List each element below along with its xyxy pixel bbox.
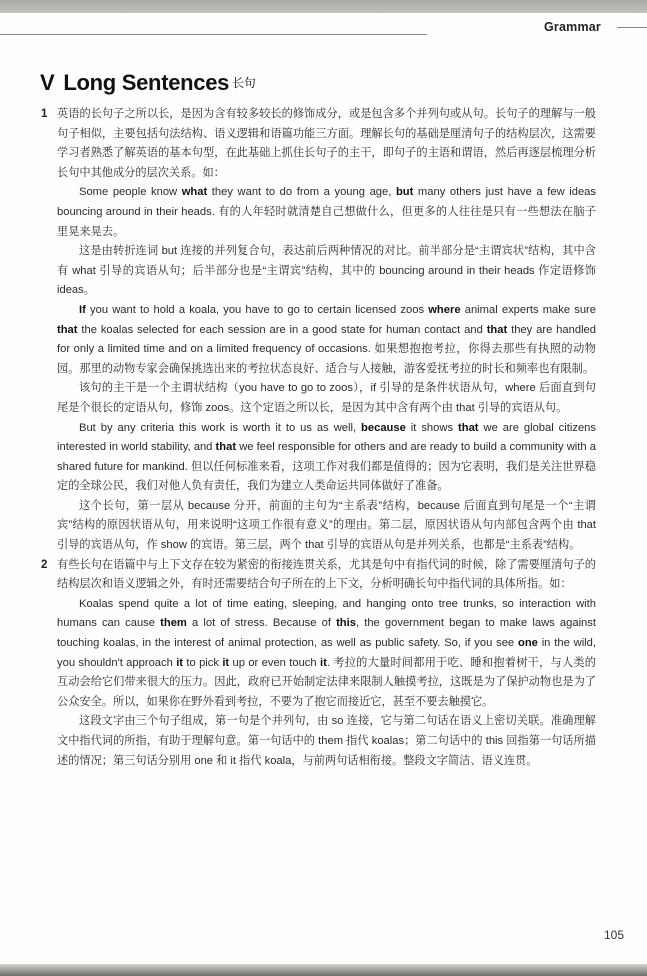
sentence-part: Some people know (79, 186, 182, 198)
keyword: because (361, 422, 406, 434)
keyword: but (396, 186, 413, 198)
analysis: 该句的主干是一个主谓状结构（you have to go to zoos），if… (57, 379, 596, 418)
example-sentence: Koalas spend quite a lot of time eating,… (57, 595, 596, 713)
main-content: 1 英语的长句子之所以长，是因为含有较多较长的修饰成分，或是包含多个并列句或从句… (41, 105, 596, 771)
analysis: 这段文字由三个句子组成，第一句是个并列句，由 so 连接，它与第二句话在语义上密… (57, 712, 596, 771)
sentence-part: it shows (406, 422, 458, 434)
sentence-part: a lot of stress. Because of (187, 617, 336, 629)
keyword: where (428, 304, 460, 316)
analysis: 这是由转折连词 but 连接的并列复合句，表达前后两种情况的对比。前半部分是“主… (57, 242, 596, 301)
item-intro: 有些长句在语篇中与上下文存在较为紧密的衔接连贯关系，尤其是句中有指代词的时候，除… (57, 556, 596, 595)
keyword: this (336, 617, 356, 629)
keyword: one (518, 637, 538, 649)
keyword: them (160, 617, 187, 629)
analysis: 这个长句，第一层从 because 分开，前面的主句为“主系表”结构，becau… (57, 497, 596, 556)
keyword: that (487, 324, 508, 336)
sentence-part: you want to hold a koala, you have to go… (86, 304, 428, 316)
section-title-zh: 长句 (232, 76, 255, 90)
running-head: Grammar (0, 16, 647, 38)
example-sentence: But by any criteria this work is worth i… (57, 419, 596, 497)
sentence-part: they want to do from a young age, (207, 186, 396, 198)
section-number: V (40, 70, 54, 95)
running-head-label: Grammar (544, 20, 601, 34)
section-title-text: Long Sentences (63, 70, 229, 95)
page-number: 105 (604, 928, 624, 942)
section-title: VLong Sentences长句 (40, 70, 256, 96)
item-intro: 英语的长句子之所以长，是因为含有较多较长的修饰成分，或是包含多个并列句或从句。长… (57, 105, 596, 183)
item-number: 1 (41, 105, 47, 125)
header-rule-left (0, 34, 427, 35)
keyword: it (176, 657, 183, 669)
scan-edge-bottom (0, 964, 647, 976)
item-number: 2 (41, 556, 47, 576)
sentence-part: But by any criteria this work is worth i… (79, 422, 361, 434)
keyword: that (57, 324, 78, 336)
example-sentence: Some people know what they want to do fr… (57, 183, 596, 242)
keyword: If (79, 304, 86, 316)
scan-edge-top (0, 0, 647, 14)
sentence-part: animal experts make sure (461, 304, 596, 316)
sentence-part: up or even touch (229, 657, 320, 669)
sentence-part: to pick (183, 657, 222, 669)
numbered-item-2: 2 有些长句在语篇中与上下文存在较为紧密的衔接连贯关系，尤其是句中有指代词的时候… (41, 556, 596, 772)
numbered-item-1: 1 英语的长句子之所以长，是因为含有较多较长的修饰成分，或是包含多个并列句或从句… (41, 105, 596, 556)
keyword: what (182, 186, 207, 198)
keyword: that (458, 422, 479, 434)
example-sentence: If you want to hold a koala, you have to… (57, 301, 596, 379)
keyword: that (216, 441, 237, 453)
keyword: it (320, 657, 327, 669)
header-rule-right (617, 27, 647, 28)
sentence-part: the koalas selected for each session are… (78, 324, 487, 336)
